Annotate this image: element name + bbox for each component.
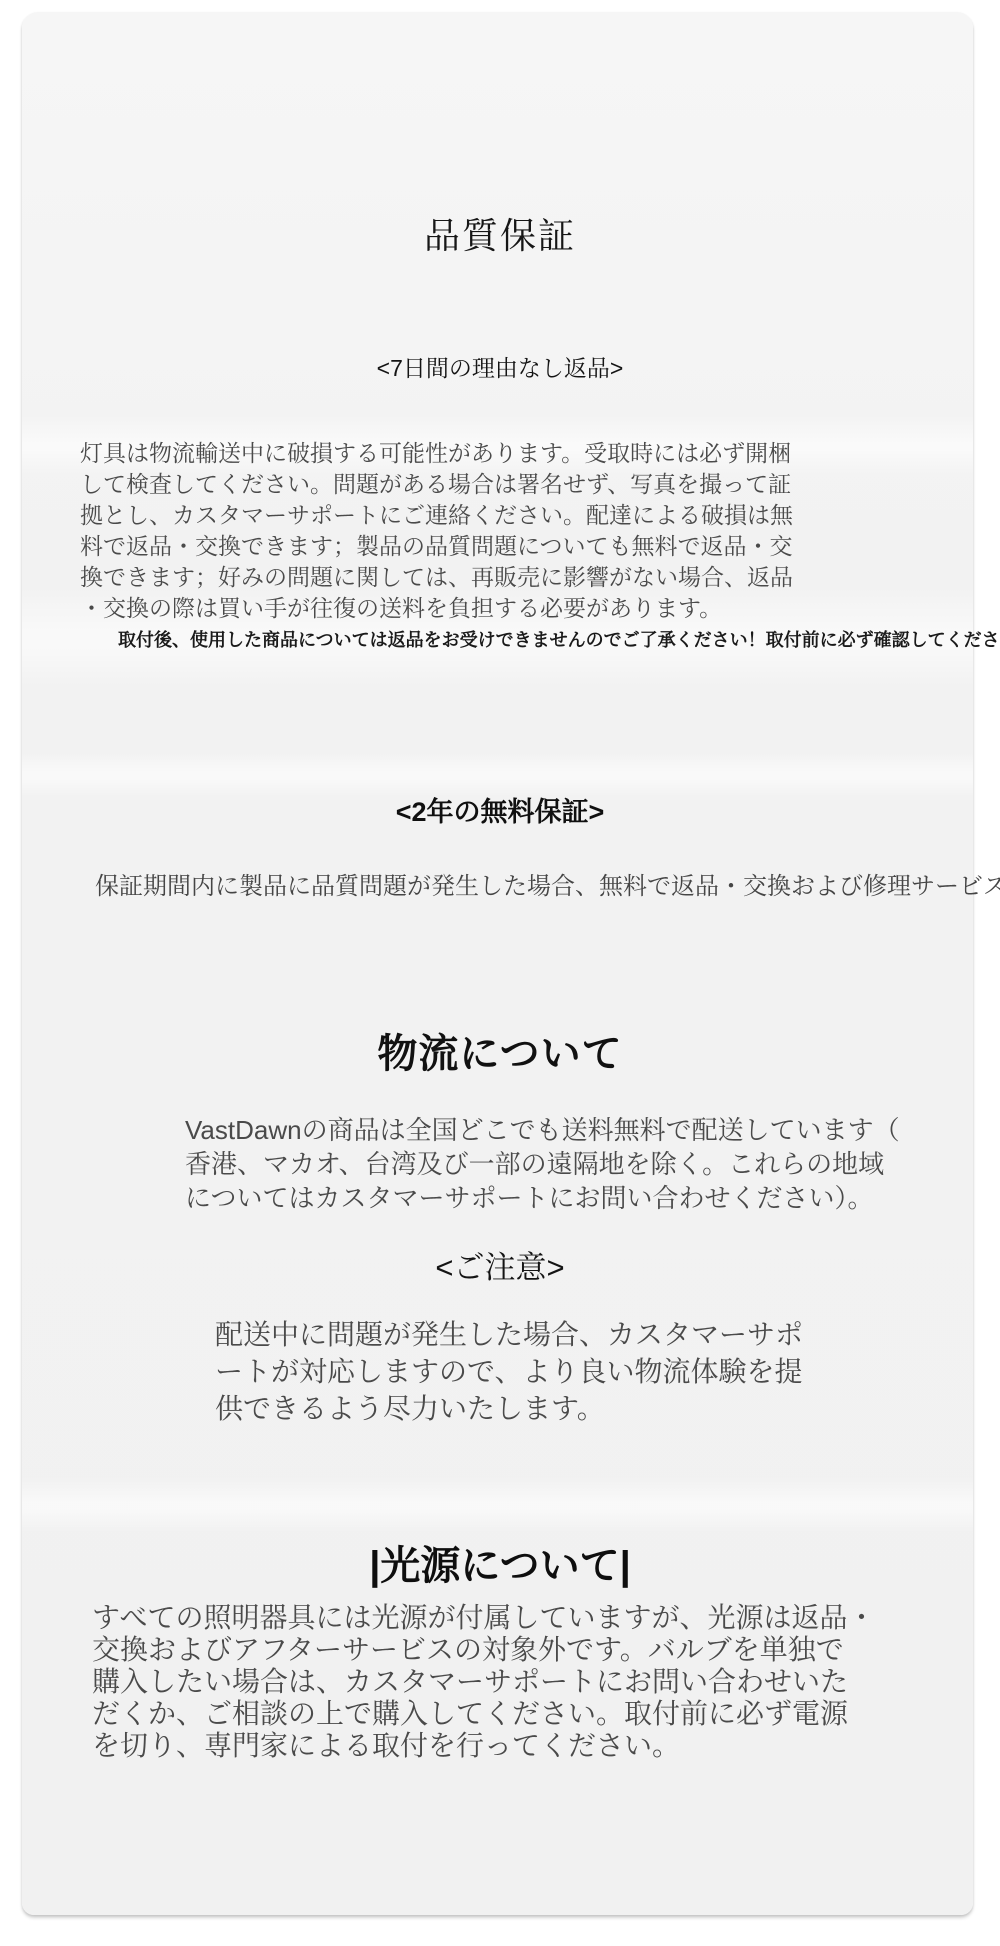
- light-source-title: |光源について|: [0, 1534, 1000, 1591]
- install-warning-note: 取付後、使用した商品については返品をお受けできませんのでご了承ください！取付前に…: [118, 626, 1000, 652]
- seven-day-return-subtitle: <7日間の理由なし返品>: [0, 350, 1000, 383]
- return-policy-paragraph: 灯具は物流輸送中に破損する可能性があります。受取時には必ず開梱 して検査してくだ…: [80, 438, 793, 624]
- shipping-paragraph: VastDawnの商品は全国どこでも送料無料で配送しています（ 香港、マカオ、台…: [185, 1113, 900, 1215]
- product-description-page: 品質保証 <7日間の理由なし返品> 灯具は物流輸送中に破損する可能性があります。…: [0, 0, 1000, 1946]
- light-source-paragraph: すべての照明器具には光源が付属していますが、光源は返品・ 交換およびアフターサー…: [92, 1602, 875, 1762]
- logistics-title: 物流について: [0, 1022, 1000, 1079]
- two-year-warranty-subtitle: <2年の無料保証>: [0, 790, 1000, 829]
- notice-paragraph: 配送中に問題が発生した場合、カスタマーサポ ートが対応しますので、より良い物流体…: [215, 1316, 803, 1427]
- seam-band: [22, 1477, 973, 1532]
- notice-subtitle: <ご注意>: [0, 1242, 1000, 1287]
- quality-guarantee-title: 品質保証: [0, 208, 1000, 259]
- warranty-paragraph: 保証期間内に製品に品質問題が発生した場合、無料で返品・交換および修理サービスを提…: [95, 866, 1000, 901]
